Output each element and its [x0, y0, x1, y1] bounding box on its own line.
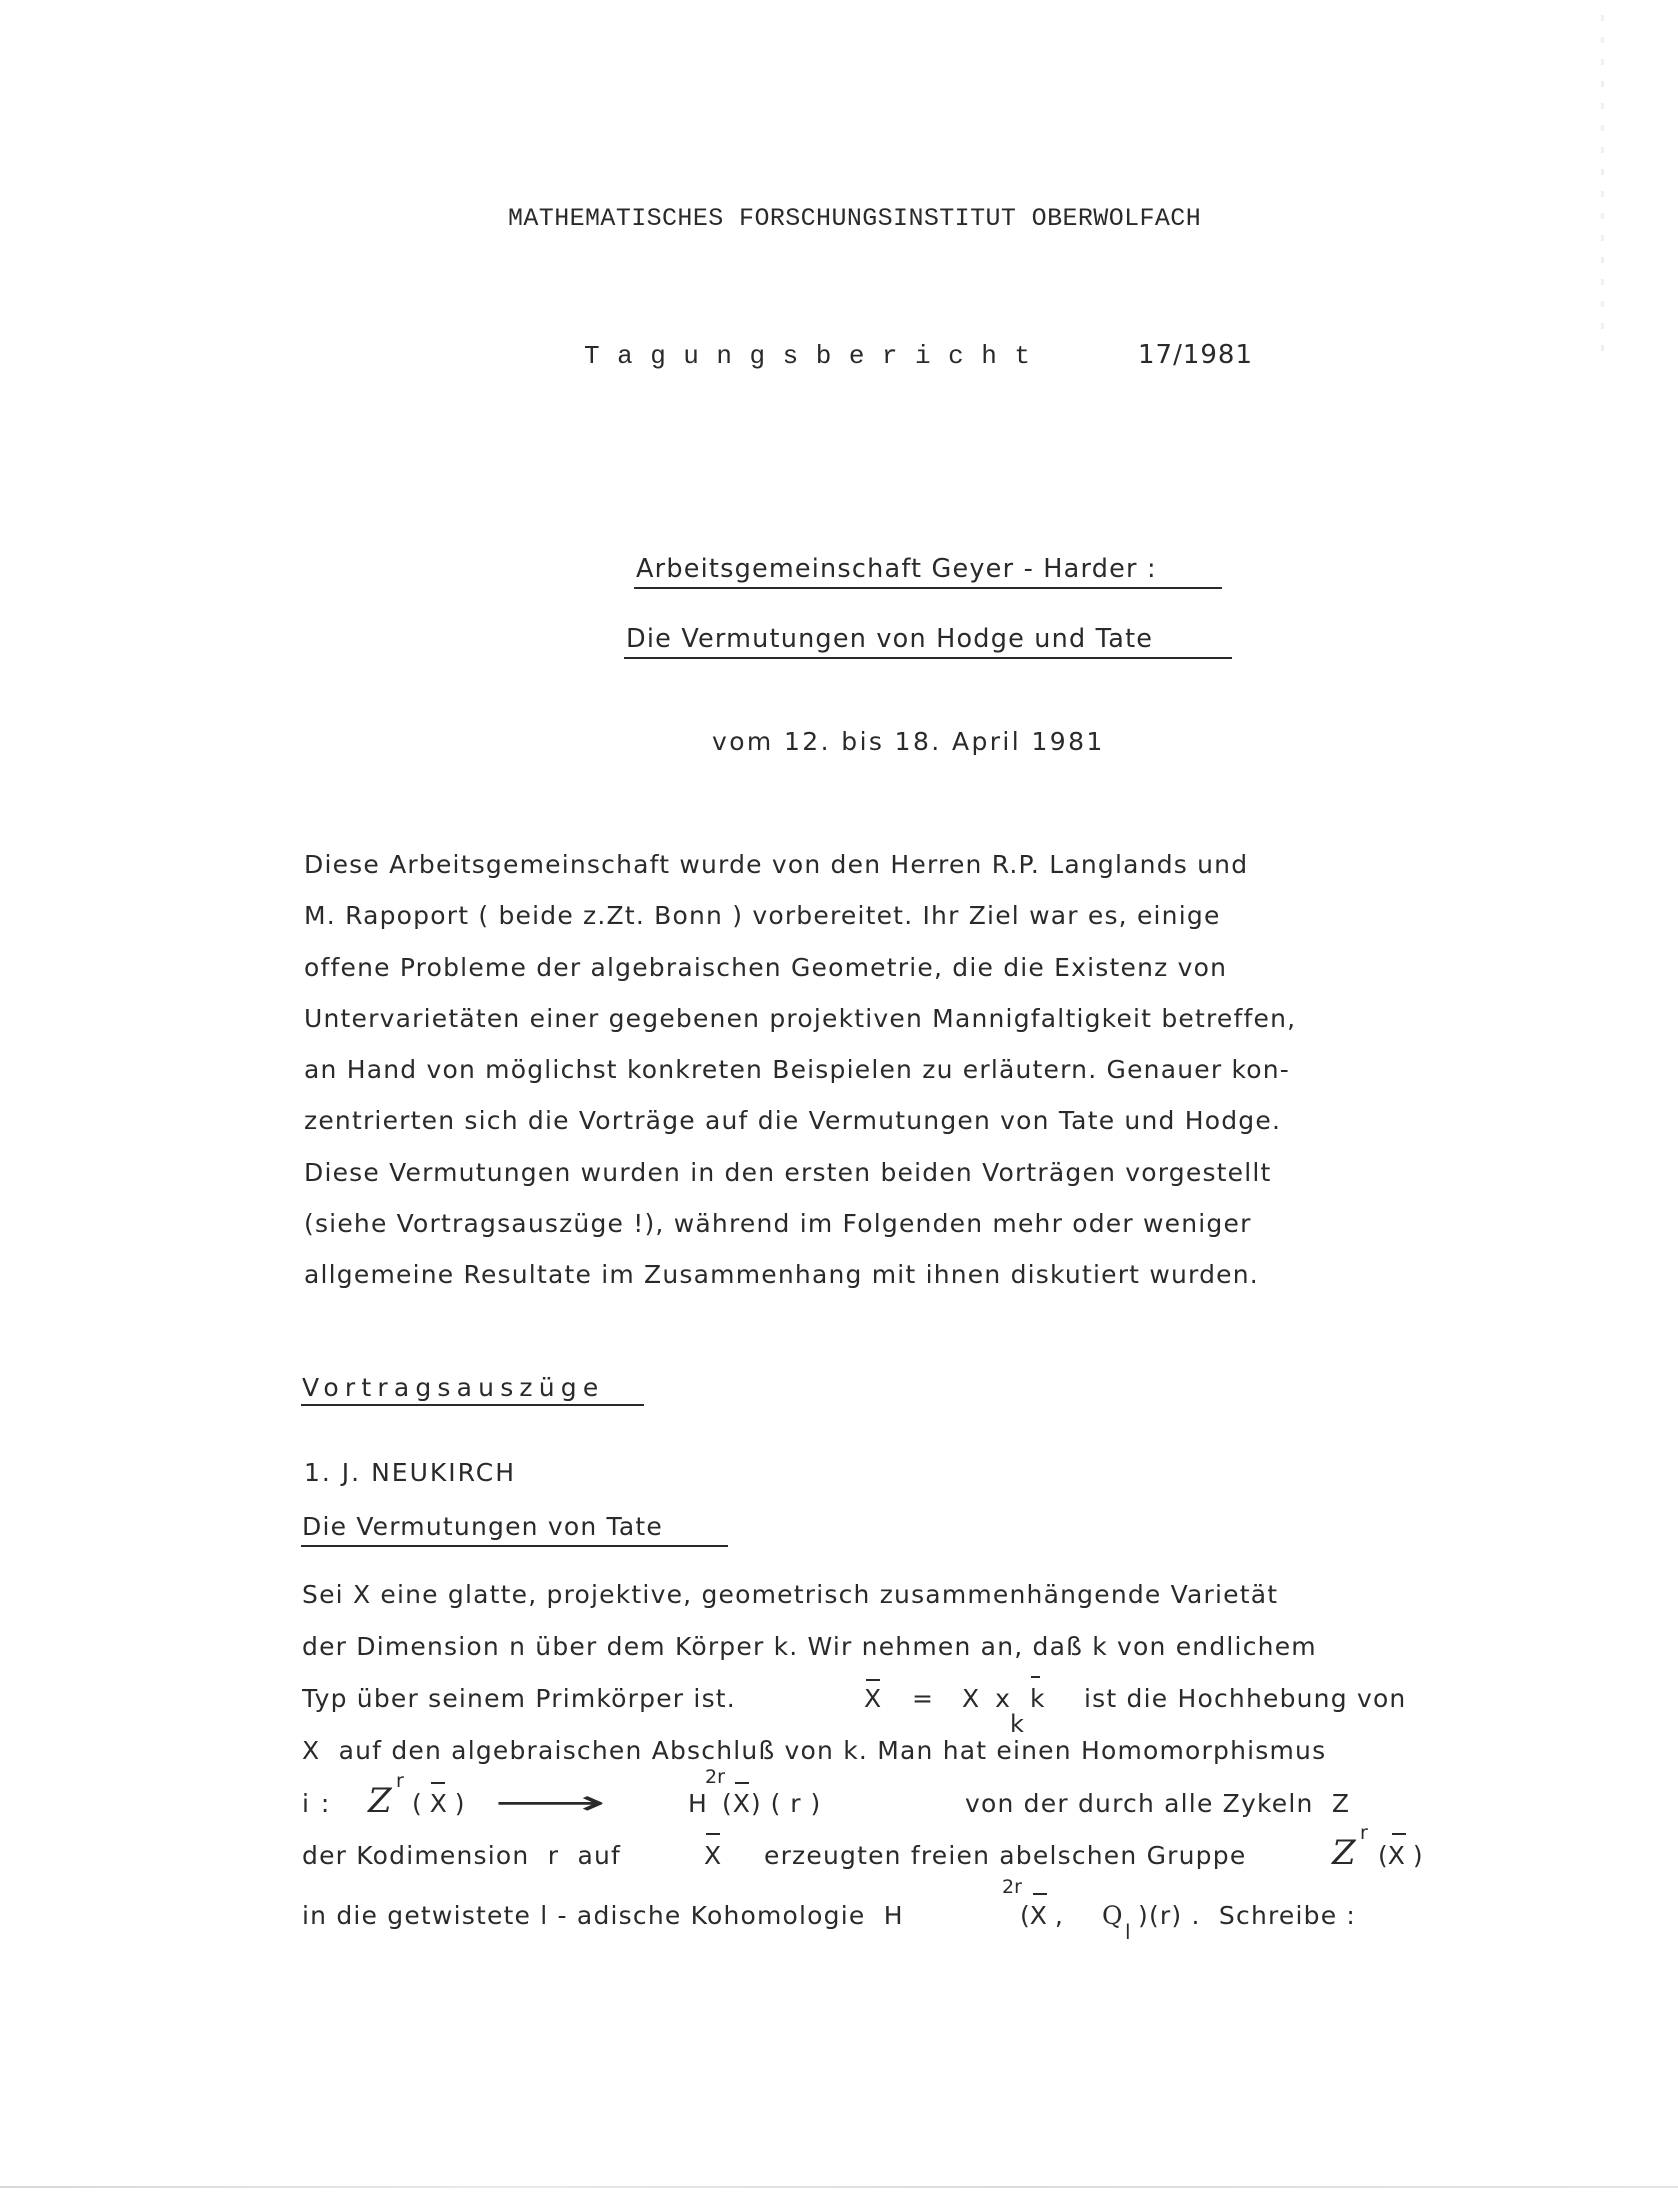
overline-mark [431, 1782, 445, 1784]
intro-line: Diese Arbeitsgemeinschaft wurde von den … [304, 852, 1248, 877]
talk-line: Sei X eine glatte, projektive, geometris… [302, 1582, 1278, 1607]
overline-mark [1392, 1833, 1406, 1835]
talk-speaker: 1. J. NEUKIRCH [304, 1460, 516, 1485]
formula-superscript-r: r [396, 1772, 404, 1791]
talk-line-continuation: erzeugten freien abelschen Gruppe [764, 1843, 1246, 1868]
rationals-q-symbol: Q [1102, 1903, 1123, 1928]
meeting-dates: vom 12. bis 18. April 1981 [712, 729, 1105, 754]
formula-xbar: X [864, 1686, 881, 1711]
arrow-icon: ⟶ [494, 1786, 606, 1820]
document-page: MATHEMATISCHES FORSCHUNGSINSTITUT OBERWO… [0, 0, 1678, 2200]
intro-line: Diese Vermutungen wurden in den ersten b… [304, 1160, 1272, 1185]
intro-line: (siehe Vortragsauszüge !), während im Fo… [304, 1211, 1252, 1236]
intro-line: allgemeine Resultate im Zusammenhang mit… [304, 1262, 1259, 1287]
fraktur-z-symbol: Z [1332, 1836, 1356, 1870]
formula-xbar: X [704, 1843, 721, 1868]
section-heading: Vortragsauszüge [302, 1375, 604, 1400]
scan-artifact-bottom-edge [0, 2186, 1678, 2188]
talk-line-continuation: )(r) . Schreibe : [1138, 1903, 1356, 1928]
formula-kbar: k [1030, 1686, 1044, 1711]
intro-line: zentrierten sich die Vorträge auf die Ve… [304, 1108, 1281, 1133]
overline-mark [706, 1833, 720, 1835]
section-heading-underline [301, 1404, 644, 1406]
talk-title-underline [301, 1545, 728, 1547]
intro-line: offene Probleme der algebraischen Geomet… [304, 955, 1227, 980]
talk-line-continuation: ist die Hochhebung von [1084, 1686, 1406, 1711]
formula-equals: = [912, 1686, 933, 1711]
talk-line: Typ über seinem Primkörper ist. [302, 1686, 736, 1711]
formula-h: H [688, 1791, 707, 1816]
talk-line: X auf den algebraischen Abschluß von k. … [302, 1738, 1326, 1763]
formula-superscript-r: r [1360, 1824, 1368, 1843]
institute-header: MATHEMATISCHES FORSCHUNGSINSTITUT OBERWO… [508, 206, 1201, 231]
scan-artifact-edge [1601, 15, 1604, 355]
formula-h-args: (X) ( r ) [722, 1791, 821, 1816]
formula-subscript-l: l [1125, 1922, 1131, 1942]
talk-line: in die getwistete l - adische Kohomologi… [302, 1903, 904, 1928]
formula-paren-xbar: (X ) [1378, 1843, 1423, 1868]
talk-line: der Dimension n über dem Körper k. Wir n… [302, 1634, 1317, 1659]
formula-fiber-product: X x [962, 1686, 1014, 1711]
formula-superscript-2r: 2r [1002, 1878, 1022, 1897]
title-line-1: Arbeitsgemeinschaft Geyer - Harder : [636, 557, 1157, 583]
formula-paren-xbar: ( X ) [412, 1791, 465, 1816]
title-line-2: Die Vermutungen von Hodge und Tate [626, 627, 1153, 653]
formula-superscript-2r: 2r [705, 1768, 725, 1787]
intro-line: an Hand von möglichst konkreten Beispiel… [304, 1057, 1290, 1082]
talk-line-continuation: von der durch alle Zykeln Z [965, 1791, 1350, 1816]
overline-mark [866, 1679, 880, 1681]
formula-subscript-k: k [1010, 1712, 1024, 1736]
talk-line: der Kodimension r auf [302, 1843, 621, 1868]
formula-cohomology-args: (X , [1020, 1903, 1063, 1928]
intro-line: M. Rapoport ( beide z.Zt. Bonn ) vorbere… [304, 903, 1221, 928]
fraktur-z-symbol: Z [368, 1784, 392, 1818]
overline-mark [735, 1782, 749, 1784]
title-line-1-underline [634, 587, 1222, 589]
overline-mark [1033, 1893, 1047, 1895]
overline-mark [1031, 1676, 1040, 1678]
report-number: 17/1981 [1138, 342, 1253, 368]
intro-line: Untervarietäten einer gegebenen projekti… [304, 1006, 1296, 1031]
talk-title: Die Vermutungen von Tate [302, 1514, 663, 1539]
report-label: Tagungsbericht [584, 343, 1047, 369]
title-line-2-underline [624, 657, 1232, 659]
formula-i: i : [302, 1791, 331, 1816]
